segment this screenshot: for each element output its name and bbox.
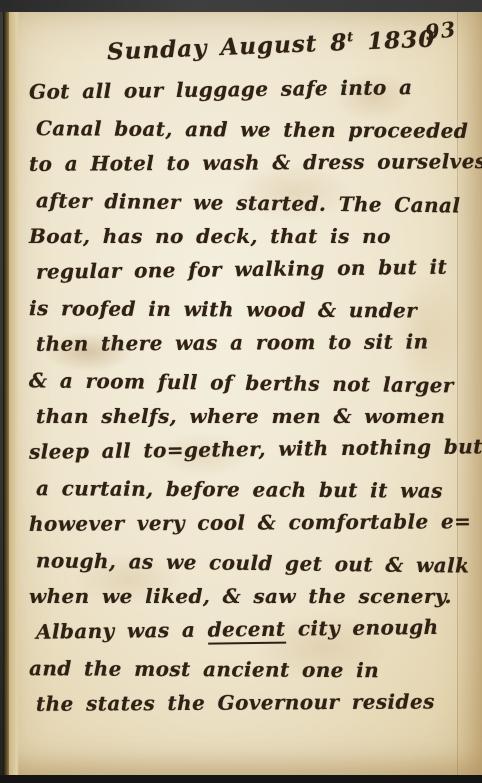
manuscript-line: however very cool & comfortable e= (11, 503, 478, 542)
scan-background-top (0, 0, 482, 12)
manuscript-line: sleep all to=gether, with nothing but (11, 428, 478, 470)
manuscript-line: to a Hotel to wash & dress ourselves. (11, 143, 478, 182)
manuscript-line: the states the Governour resides (11, 683, 478, 722)
manuscript-line: Albany was a decent city enough (11, 608, 478, 650)
manuscript-line: Got all our luggage safe into a (11, 68, 478, 110)
entry-date-text: Sunday August 8 (107, 29, 348, 66)
manuscript-body: Got all our luggage safe into aCanal boa… (11, 74, 478, 722)
entry-date-heading: Sunday August 8t 1830 (107, 25, 436, 65)
manuscript-line: then there was a room to sit in (11, 323, 478, 362)
underlined-word: decent (208, 617, 286, 645)
scanned-diary-page: 93 Sunday August 8t 1830 Got all our lug… (0, 0, 482, 783)
scan-background-bottom (0, 775, 482, 783)
manuscript-line: regular one for walking on but it (11, 248, 478, 290)
entry-year-text: 1830 (354, 25, 436, 55)
manuscript-page: 93 Sunday August 8t 1830 Got all our lug… (3, 12, 482, 775)
